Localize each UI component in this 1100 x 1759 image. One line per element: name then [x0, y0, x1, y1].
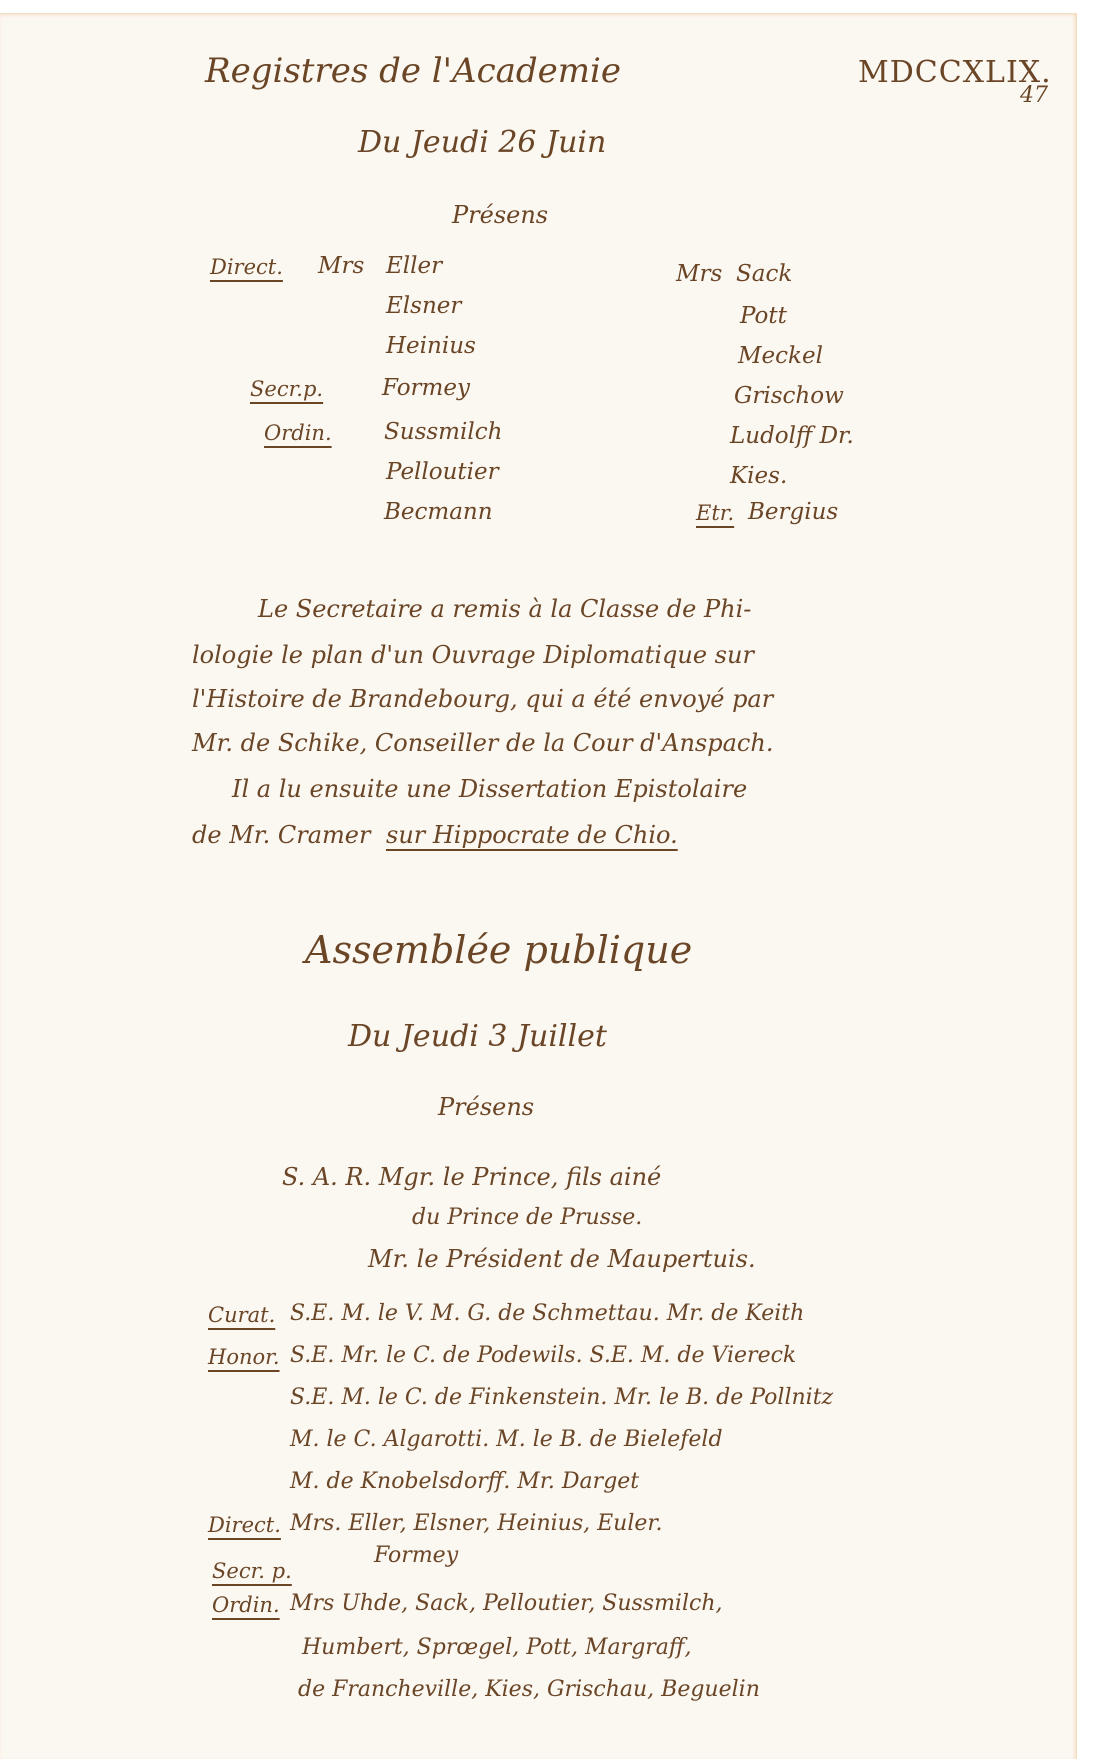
register-title: Registres de l'Academie	[205, 51, 621, 91]
royal-line: du Prince de Prusse.	[412, 1205, 642, 1230]
label-direct: Direct.	[208, 1513, 281, 1537]
president-line: Mr. le Président de Maupertuis.	[368, 1245, 756, 1273]
member-name: Sack	[736, 261, 792, 287]
session2-date: Du Jeudi 3 Juillet	[348, 1019, 607, 1054]
member-name: Heinius	[386, 333, 476, 359]
attendee-line: M. de Knobelsdorff. Mr. Darget	[290, 1469, 639, 1494]
minutes-line: l'Histoire de Brandebourg, qui a été env…	[192, 685, 773, 713]
attendee-line: S.E. M. le V. M. G. de Schmettau. Mr. de…	[290, 1301, 804, 1326]
minutes-line: lologie le plan d'un Ouvrage Diplomatiqu…	[192, 641, 754, 669]
minutes-line: Mr. de Schike, Conseiller de la Cour d'A…	[192, 729, 773, 757]
attendee-line: Mrs. Eller, Elsner, Heinius, Euler.	[290, 1511, 663, 1536]
member-name: Eller	[386, 253, 442, 279]
folio-number: 47	[1020, 83, 1048, 108]
member-name: Sussmilch	[384, 419, 502, 445]
member-name: Elsner	[386, 293, 461, 319]
member-name: Formey	[382, 375, 470, 401]
attendee-line: Formey	[374, 1543, 458, 1568]
prefix-mrs: Mrs	[676, 261, 722, 287]
member-name: Becmann	[384, 499, 493, 525]
session1-presens: Présens	[452, 201, 548, 229]
member-name: Pott	[740, 303, 787, 329]
royal-line: S. A. R. Mgr. le Prince, fils ainé	[282, 1163, 661, 1191]
minutes-line: Il a lu ensuite une Dissertation Epistol…	[232, 775, 747, 803]
label-ordin: Ordin.	[264, 421, 332, 445]
session1-date: Du Jeudi 26 Juin	[358, 125, 606, 160]
dissertation-title: sur Hippocrate de Chio.	[386, 821, 678, 849]
assembly-heading: Assemblée publique	[305, 928, 692, 972]
label-direct: Direct.	[210, 255, 283, 279]
attendee-line: M. le C. Algarotti. M. le B. de Bielefel…	[290, 1427, 723, 1452]
member-name: Grischow	[734, 383, 844, 409]
attendee-line: de Francheville, Kies, Grischau, Begueli…	[298, 1677, 760, 1702]
member-name: Ludolff Dr.	[730, 423, 854, 449]
attendee-line: Mrs Uhde, Sack, Pelloutier, Sussmilch,	[290, 1591, 723, 1616]
label-honor: Honor.	[208, 1345, 280, 1369]
attendee-line: S.E. M. le C. de Finkenstein. Mr. le B. …	[290, 1385, 833, 1410]
session2-presens: Présens	[438, 1093, 534, 1121]
label-ordin: Ordin.	[212, 1593, 280, 1617]
member-name: Bergius	[748, 499, 838, 525]
attendee-line: Humbert, Sprœgel, Pott, Margraff,	[302, 1635, 692, 1660]
label-curat: Curat.	[208, 1303, 275, 1327]
minutes-line: Le Secretaire a remis à la Classe de Phi…	[258, 595, 751, 623]
minutes-line: de Mr. Cramer	[192, 821, 370, 849]
label-etr: Etr.	[696, 501, 734, 525]
manuscript-page: Registres de l'Academie MDCCXLIX. 47 Du …	[0, 13, 1077, 1759]
member-name: Kies.	[730, 463, 787, 489]
prefix-mrs: Mrs	[318, 253, 364, 279]
label-secr: Secr. p.	[212, 1559, 292, 1583]
label-secr: Secr.p.	[250, 377, 323, 401]
member-name: Pelloutier	[386, 459, 499, 485]
member-name: Meckel	[738, 343, 823, 369]
attendee-line: S.E. Mr. le C. de Podewils. S.E. M. de V…	[290, 1343, 796, 1368]
